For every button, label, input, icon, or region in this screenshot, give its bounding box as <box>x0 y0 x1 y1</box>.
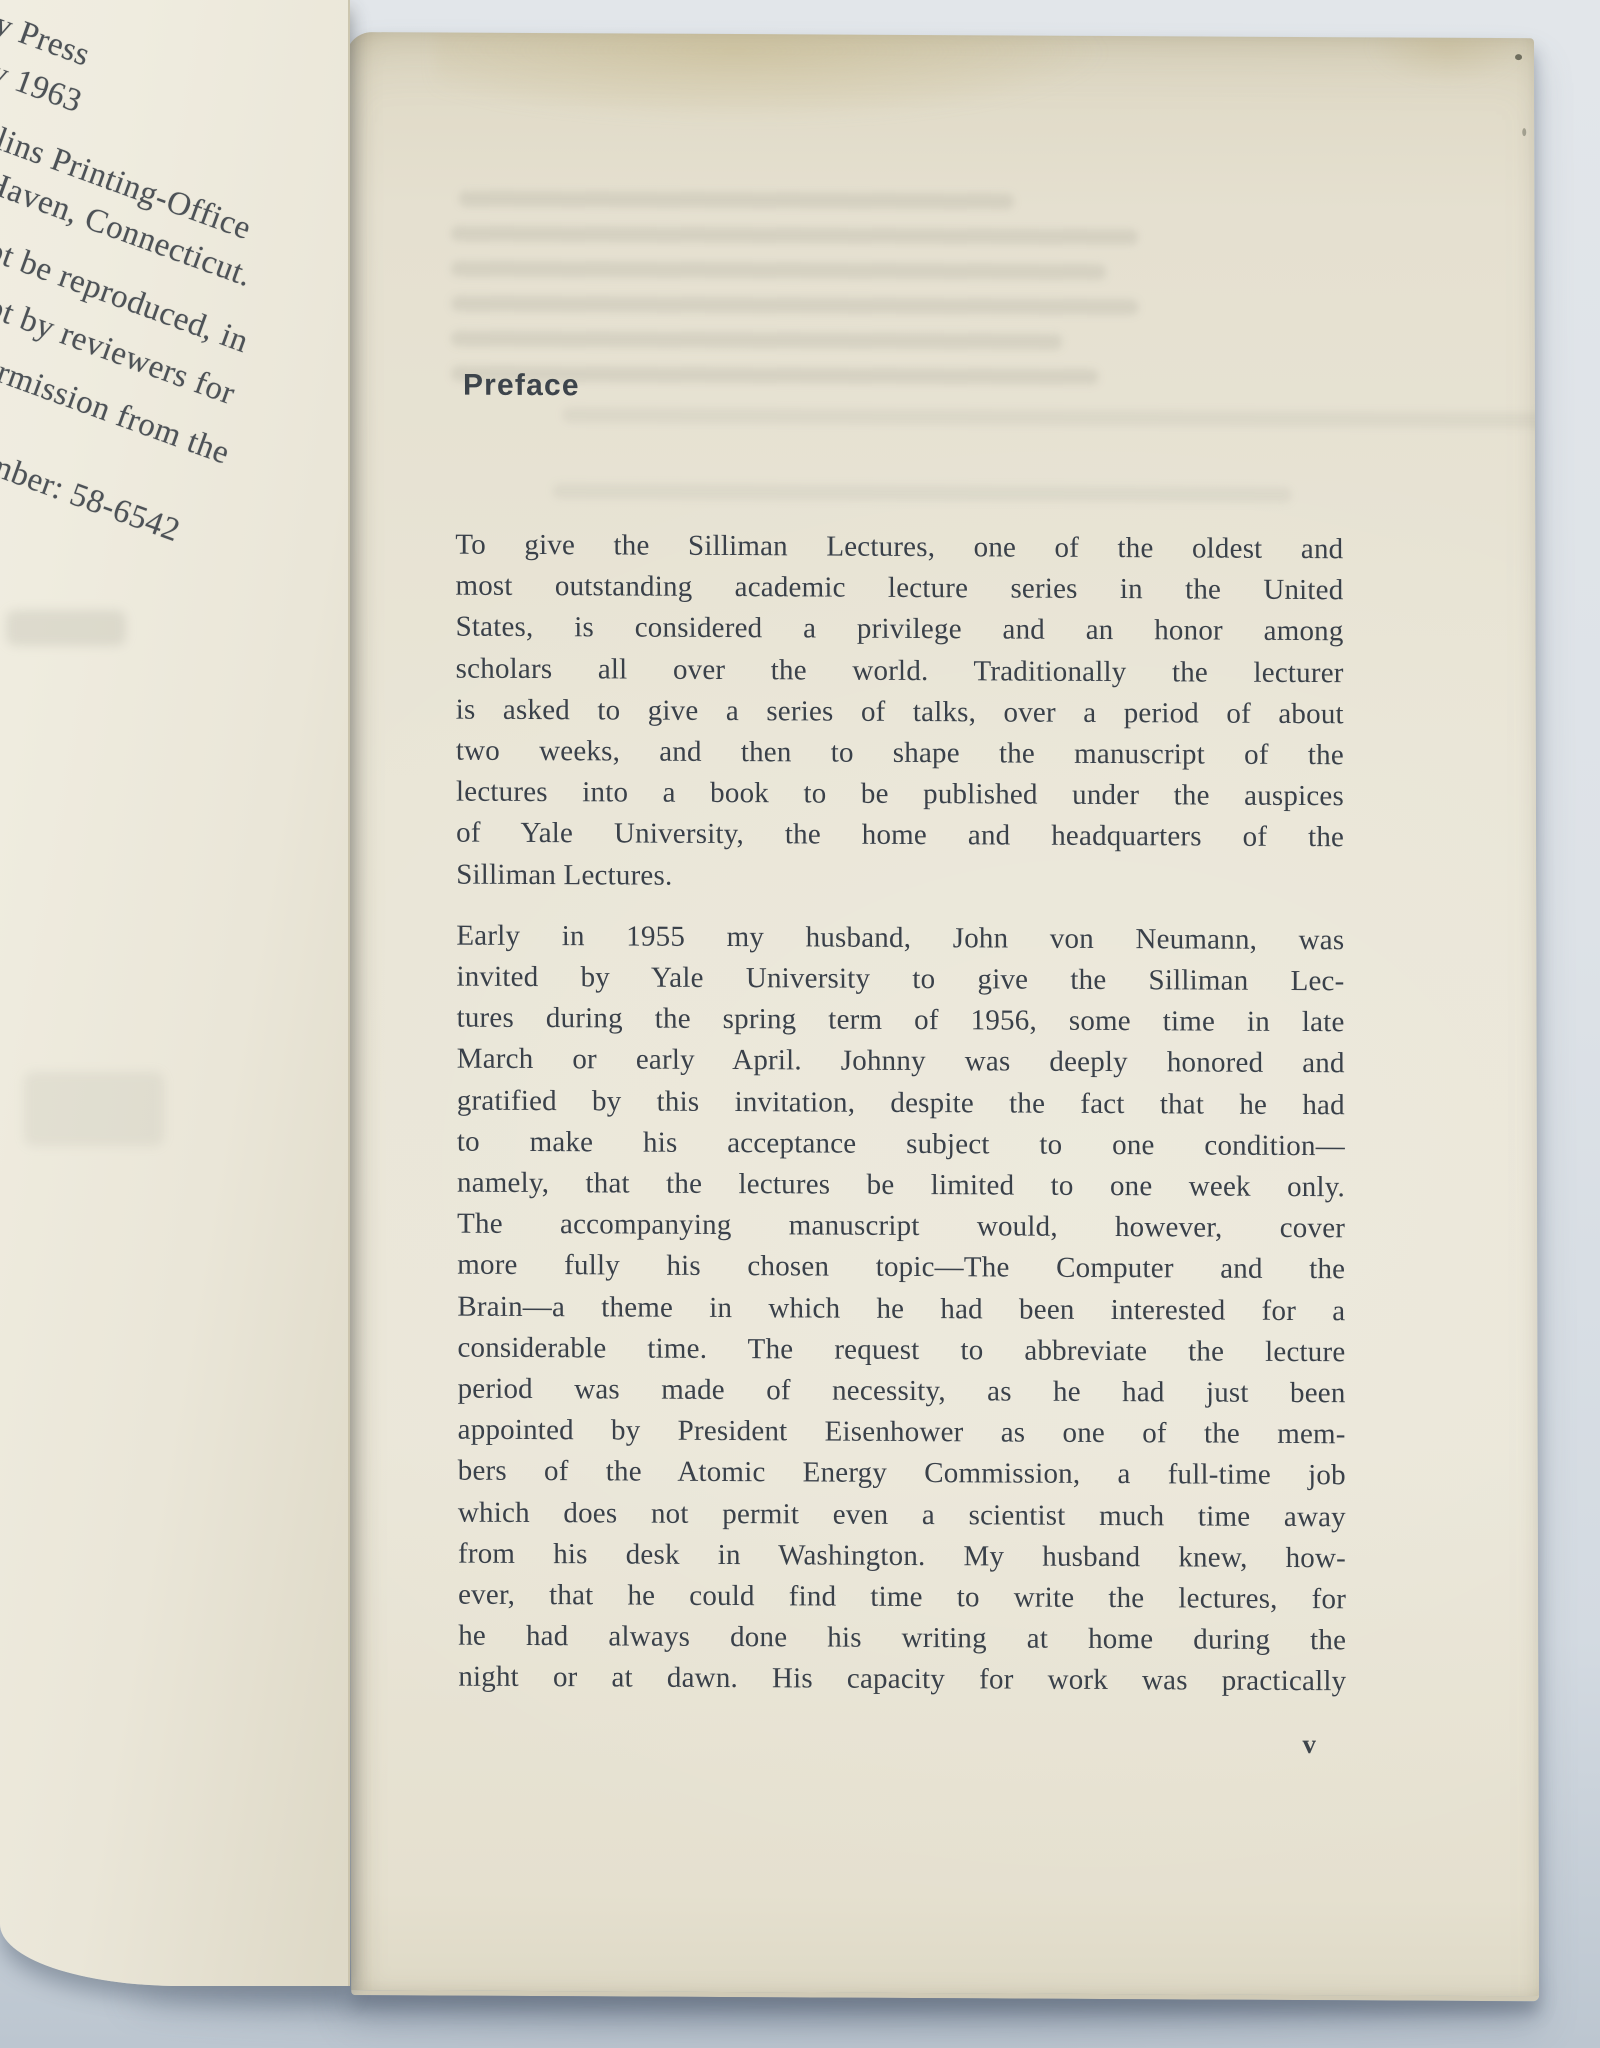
text-line: lectures into a book to be published und… <box>456 772 1344 818</box>
text-line: scholars all over the world. Traditional… <box>456 648 1344 694</box>
text-line: tures during the spring term of 1956, so… <box>457 998 1345 1044</box>
text-line: To give the Silliman Lectures, one of th… <box>455 525 1343 571</box>
text-line: more fully his chosen topic—The Computer… <box>457 1245 1345 1291</box>
text-line: appointed by President Eisenhower as one… <box>458 1410 1346 1456</box>
show-through-text <box>458 191 1014 210</box>
text-line: period was made of necessity, as he had … <box>457 1369 1345 1415</box>
show-through-text <box>451 296 1139 316</box>
text-line: namely, that the lectures be limited to … <box>457 1163 1345 1209</box>
show-through-text <box>562 407 1539 428</box>
text-line: from his desk in Washington. My husband … <box>458 1533 1346 1579</box>
text-line: gratified by this invitation, despite th… <box>457 1080 1345 1126</box>
show-through-text <box>451 331 1063 350</box>
copyright-page: y Pressy 1963llins Printing-OfficeHaven,… <box>0 0 350 1986</box>
show-through-text <box>24 1072 164 1146</box>
book-photo: Preface To give the Silliman Lectures, o… <box>0 0 1600 2048</box>
preface-paragraph-1: To give the Silliman Lectures, one of th… <box>455 525 1344 900</box>
text-line: ever, that he could find time to write t… <box>458 1575 1346 1621</box>
text-line: two weeks, and then to shape the manuscr… <box>456 731 1344 777</box>
show-through-text <box>451 261 1107 280</box>
preface-text: To give the Silliman Lectures, one of th… <box>455 525 1346 1703</box>
preface-paragraph-2: Early in 1955 my husband, John von Neuma… <box>456 915 1346 1703</box>
text-line: March or early April. Johnny was deeply … <box>457 1039 1345 1085</box>
text-line: to make his acceptance subject to one co… <box>457 1121 1345 1167</box>
copyright-line: mber: 58-6542 <box>0 446 185 550</box>
text-line: is asked to give a series of talks, over… <box>456 689 1344 735</box>
text-line: bers of the Atomic Energy Commission, a … <box>458 1451 1346 1497</box>
text-line: invited by Yale University to give the S… <box>456 957 1344 1003</box>
text-line: most outstanding academic lecture series… <box>455 566 1343 612</box>
text-line: States, is considered a privilege and an… <box>456 607 1344 653</box>
show-through-text <box>451 226 1139 246</box>
paper-speck <box>1522 128 1526 136</box>
text-line: The accompanying manuscript would, howev… <box>457 1204 1345 1250</box>
show-through-text <box>6 610 126 646</box>
text-line: Silliman Lectures. <box>456 854 1344 900</box>
text-line: Early in 1955 my husband, John von Neuma… <box>456 915 1344 961</box>
text-line: night or at dawn. His capacity for work … <box>458 1657 1346 1703</box>
text-line: Brain—a theme in which he had been inter… <box>457 1286 1345 1332</box>
paper-stain <box>434 32 1224 147</box>
paper-stain <box>1356 32 1536 100</box>
text-line: he had always done his writing at home d… <box>458 1616 1346 1662</box>
page-number: v <box>1302 1729 1316 1760</box>
preface-heading: Preface <box>463 369 580 404</box>
text-line: considerable time. The request to abbrev… <box>457 1327 1345 1373</box>
paper-speck <box>1515 54 1522 60</box>
text-line: of Yale University, the home and headqua… <box>456 813 1344 859</box>
show-through-text <box>552 483 1292 503</box>
text-line: which does not permit even a scientist m… <box>458 1492 1346 1538</box>
preface-page: Preface To give the Silliman Lectures, o… <box>346 32 1539 2001</box>
